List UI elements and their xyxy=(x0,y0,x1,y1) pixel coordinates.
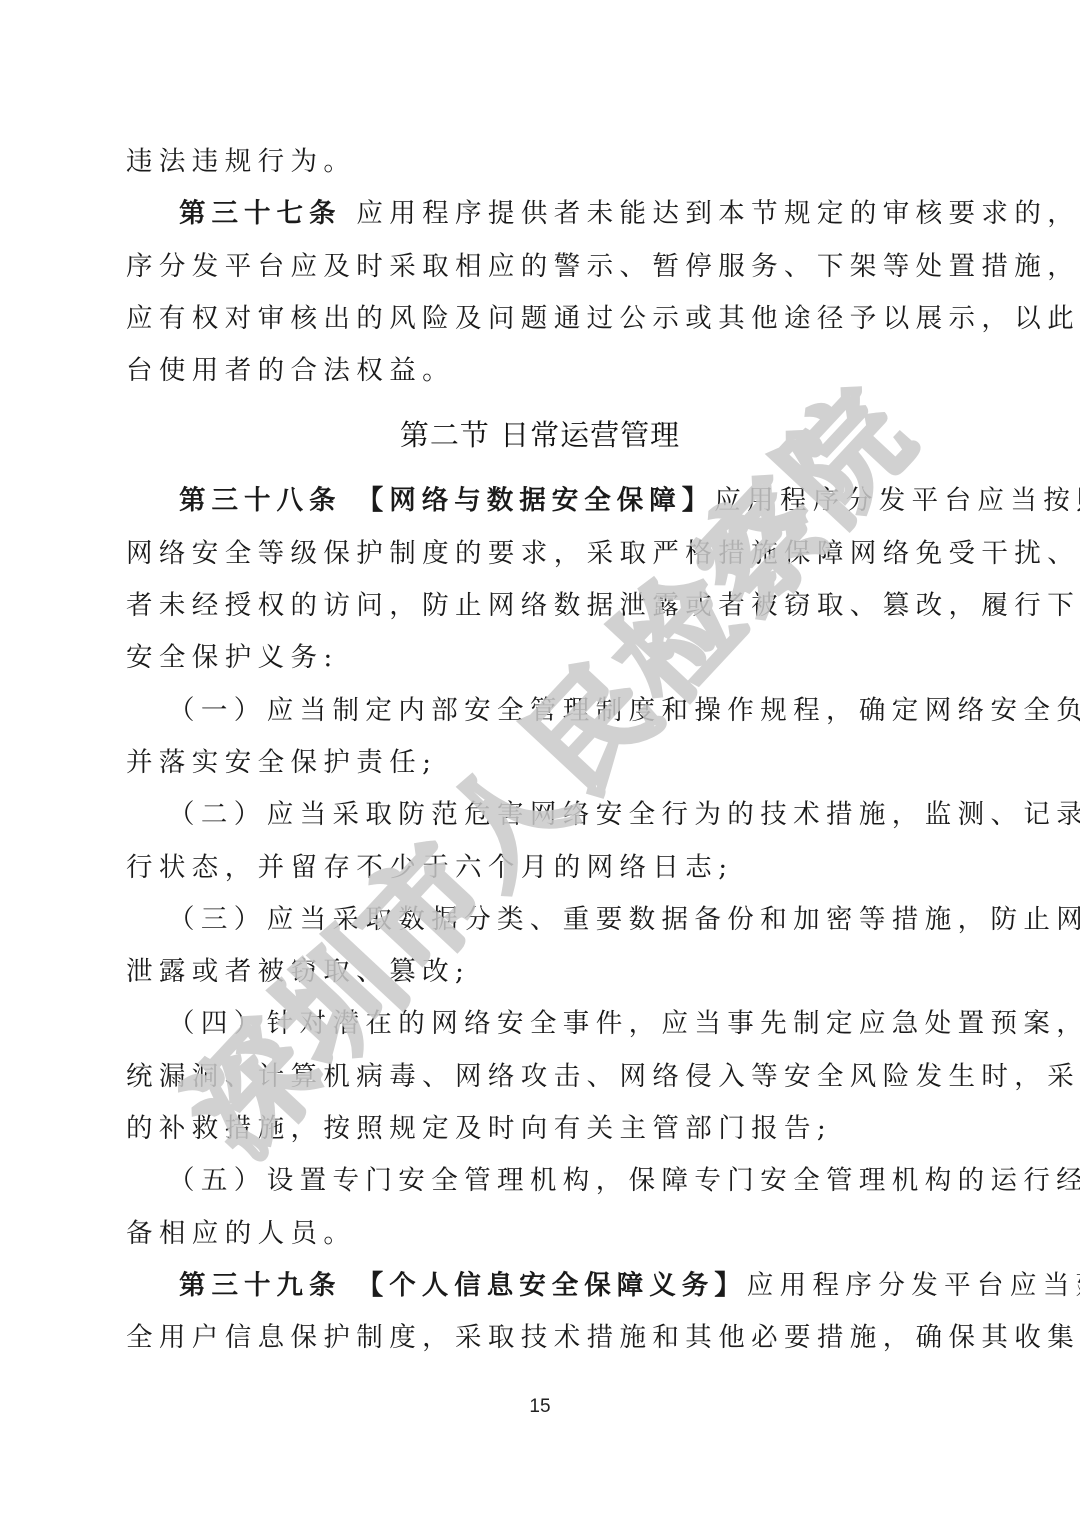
page-number: 15 xyxy=(0,1396,1080,1418)
document-page: 深圳市人民检察院 违法违规行为。 第三十七条 应用程序提供者未能达到本节规定的审… xyxy=(0,0,1080,1527)
article-37-line: 第三十七条 应用程序提供者未能达到本节规定的审核要求的，应用程 xyxy=(126,188,954,240)
article-39-label: 第三十九条 【个人信息安全保障义务】 xyxy=(179,1270,747,1301)
article-37-label: 第三十七条 xyxy=(179,198,342,229)
list-item-1: （一）应当制定内部安全管理制度和操作规程，确定网络安全负责人， xyxy=(126,685,954,737)
paragraph-line: 应有权对审核出的风险及问题通过公示或其他途径予以展示，以此保护平 xyxy=(126,293,954,345)
article-38-text: 应用程序分发平台应当按照国家 xyxy=(714,485,1080,516)
article-38-line: 第三十八条 【网络与数据安全保障】应用程序分发平台应当按照国家 xyxy=(126,475,954,527)
article-38-label: 第三十八条 【网络与数据安全保障】 xyxy=(179,485,714,516)
paragraph-line: 全用户信息保护制度，采取技术措施和其他必要措施，确保其收集的个人 xyxy=(126,1312,954,1364)
article-39-line: 第三十九条 【个人信息安全保障义务】应用程序分发平台应当建立健 xyxy=(126,1260,954,1312)
list-item-1-cont: 并落实安全保护责任; xyxy=(126,737,954,789)
article-39-text: 应用程序分发平台应当建立健 xyxy=(747,1270,1080,1301)
list-item-2-cont: 行状态，并留存不少于六个月的网络日志; xyxy=(126,842,954,894)
paragraph-line: 台使用者的合法权益。 xyxy=(126,345,954,397)
list-item-4-cont: 统漏洞、计算机病毒、网络攻击、网络侵入等安全风险发生时，采取相应 xyxy=(126,1051,954,1103)
list-item-5: （五）设置专门安全管理机构，保障专门安全管理机构的运行经费并配 xyxy=(126,1155,954,1207)
list-item-5-cont: 备相应的人员。 xyxy=(126,1208,954,1260)
paragraph-line: 安全保护义务: xyxy=(126,632,954,684)
list-item-4: （四）针对潜在的网络安全事件，应当事先制定应急处置预案，并在系 xyxy=(126,998,954,1050)
document-body: 违法违规行为。 第三十七条 应用程序提供者未能达到本节规定的审核要求的，应用程 … xyxy=(126,136,954,1365)
paragraph-line: 者未经授权的访问，防止网络数据泄露或者被窃取、篡改，履行下列网络 xyxy=(126,580,954,632)
list-item-3: （三）应当采取数据分类、重要数据备份和加密等措施，防止网络数据 xyxy=(126,894,954,946)
list-item-2: （二）应当采取防范危害网络安全行为的技术措施，监测、记录网络运 xyxy=(126,789,954,841)
list-item-4-cont: 的补救措施，按照规定及时向有关主管部门报告; xyxy=(126,1103,954,1155)
article-37-text: 应用程序提供者未能达到本节规定的审核要求的，应用程 xyxy=(342,198,1080,229)
list-item-3-cont: 泄露或者被窃取、篡改; xyxy=(126,946,954,998)
section-title: 第二节 日常运营管理 xyxy=(126,409,954,471)
paragraph-line: 违法违规行为。 xyxy=(126,136,954,188)
paragraph-line: 序分发平台应及时采取相应的警示、暂停服务、下架等处置措施，且平台 xyxy=(126,241,954,293)
paragraph-line: 网络安全等级保护制度的要求，采取严格措施保障网络免受干扰、破坏或 xyxy=(126,528,954,580)
